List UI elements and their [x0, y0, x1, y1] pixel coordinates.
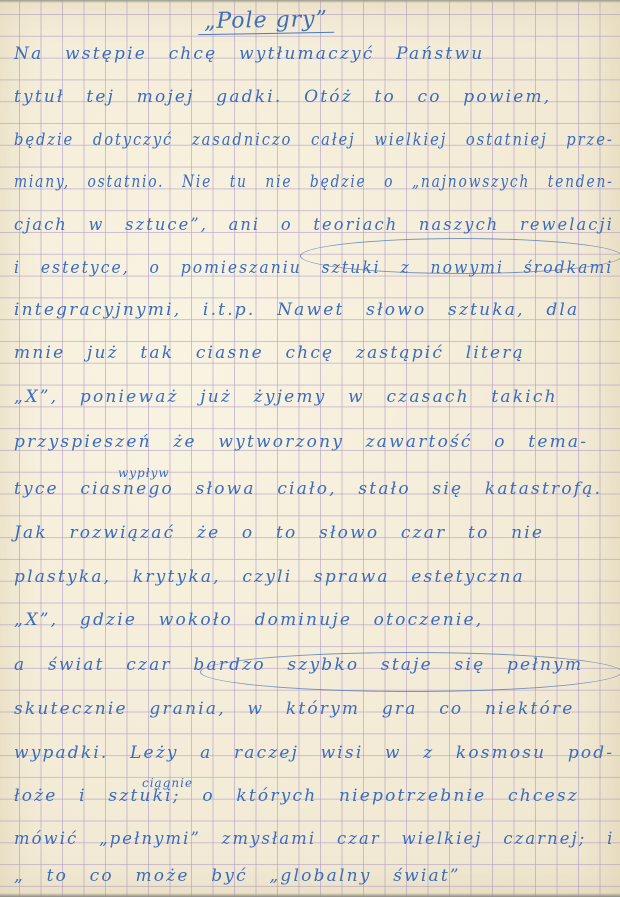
- text-line: integracyjnymi, i.t.p. Nawet słowo sztuk…: [14, 300, 579, 320]
- manuscript-page: „Pole gry” Na wstępie chcę wytłumaczyć P…: [0, 0, 620, 897]
- handwritten-loop-mark: [200, 652, 620, 692]
- text-line: miany, ostatnio. Nie tu nie będzie o „na…: [14, 172, 614, 192]
- text-line: Na wstępie chcę wytłumaczyć Państwu: [14, 44, 484, 64]
- page-top-edge: [0, 0, 620, 3]
- text-line: mówić „pełnymi” zmysłami czar wielkiej c…: [14, 829, 615, 849]
- text-line: „X”, gdzie wokoło dominuje otoczenie,: [14, 610, 483, 630]
- page-bottom-edge: [0, 893, 620, 897]
- text-line: „ to co może być „globalny świat”: [14, 866, 461, 886]
- insertion-note: wypływ: [118, 466, 170, 480]
- text-line: cjach w sztuce”, ani o teoriach naszych …: [14, 215, 614, 235]
- text-line: przyspieszeń że wytworzony zawartość o t…: [14, 432, 588, 452]
- insertion-note: ciągnie: [142, 776, 193, 790]
- text-line: „X”, ponieważ już żyjemy w czasach takic…: [14, 387, 558, 407]
- text-line: łoże i sztuki; o których niepotrzebnie c…: [14, 786, 579, 806]
- text-line: wypadki. Leży a raczej wisi w z kosmosu …: [14, 743, 614, 763]
- text-line: plastyka, krytyka, czyli sprawa estetycz…: [14, 567, 525, 587]
- text-line: tyce ciasnego słowa ciało, stało się kat…: [14, 479, 602, 499]
- text-line: tytuł tej mojej gadki. Otóż to co powiem…: [14, 87, 551, 107]
- text-line: będzie dotyczyć zasadniczo całej wielkie…: [14, 130, 614, 150]
- text-line: skutecznie grania, w którym gra co niekt…: [14, 699, 575, 719]
- text-line: Jak rozwiązać że o to słowo czar to nie: [14, 523, 544, 543]
- handwritten-loop-mark: [300, 238, 620, 274]
- page-title: „Pole gry”: [198, 7, 334, 35]
- text-line: mnie już tak ciasne chcę zastąpić literą: [14, 343, 525, 363]
